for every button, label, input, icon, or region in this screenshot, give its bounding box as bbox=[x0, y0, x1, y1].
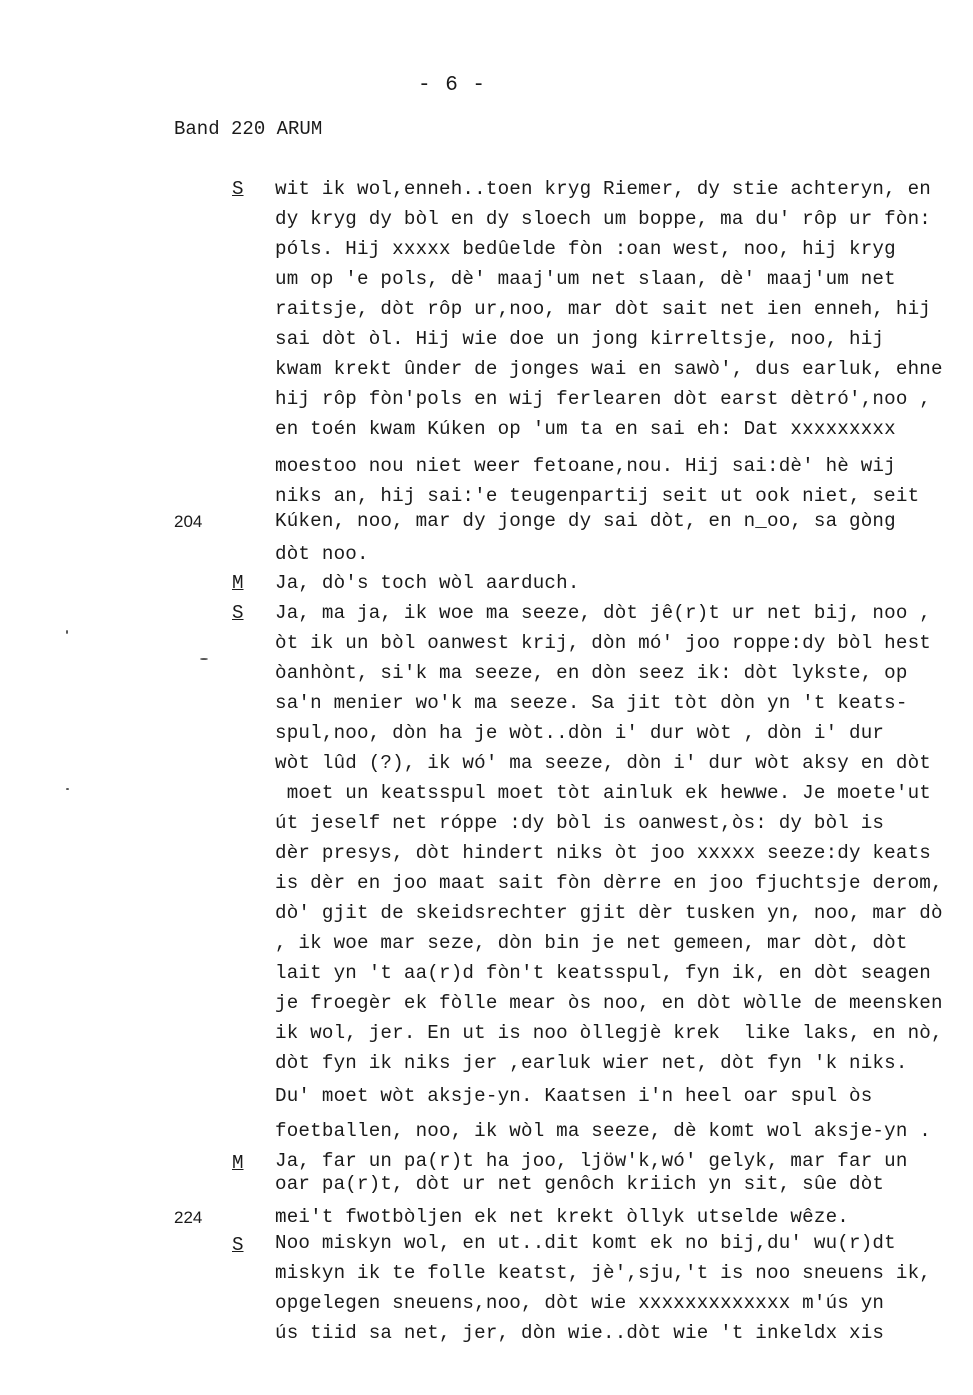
transcript-line: mei't fwotbòljen ek net krekt òllyk utse… bbox=[275, 1206, 849, 1228]
transcript-line: ús tiid sa net, jer, dòn wie..dòt wie 't… bbox=[275, 1322, 884, 1344]
scan-speck bbox=[66, 630, 68, 634]
transcript-line: dy kryg dy bòl en dy sloech um boppe, ma… bbox=[275, 208, 931, 230]
scan-speck bbox=[200, 658, 208, 660]
margin-counter: 204 bbox=[174, 512, 202, 532]
speaker-label: S bbox=[232, 602, 244, 624]
transcript-line: moestoo nou niet weer fetoane,nou. Hij s… bbox=[275, 455, 896, 477]
transcript-line: Kúken, noo, mar dy jonge dy sai dòt, en … bbox=[275, 510, 896, 532]
transcript-line: út jeself net róppe :dy bòl is oanwest,ò… bbox=[275, 812, 884, 834]
transcript-line: sa'n menier wo'k ma seeze. Sa jit tòt dò… bbox=[275, 692, 908, 714]
transcript-line: miskyn ik te folle keatst, jè',sju,'t is… bbox=[275, 1262, 931, 1284]
transcript-line: Ja, dò's toch wòl aarduch. bbox=[275, 572, 580, 594]
transcript-line: en toén kwam Kúken op 'um ta en sai eh: … bbox=[275, 418, 896, 440]
transcript-line: wòt lûd (?), ik wó' ma seeze, dòn i' dur… bbox=[275, 752, 931, 774]
transcript-line: niks an, hij sai:'e teugenpartij seit ut… bbox=[275, 485, 919, 507]
transcript-line: dò' gjit de skeidsrechter gjit dèr tuske… bbox=[275, 902, 943, 924]
transcript-line: òanhònt, si'k ma seeze, en dòn seez ik: … bbox=[275, 662, 908, 684]
transcript-line: raitsje, dòt rôp ur,noo, mar dòt sait ne… bbox=[275, 298, 931, 320]
transcript-line: dòt fyn ik niks jer ,earluk wier net, dò… bbox=[275, 1052, 908, 1074]
transcript-line: kwam krekt ûnder de jonges wai en sawò',… bbox=[275, 358, 943, 380]
transcript-line: Noo miskyn wol, en ut..dit komt ek no bi… bbox=[275, 1232, 896, 1254]
document-header: Band 220 ARUM bbox=[174, 118, 322, 140]
transcript-line: sai dòt òl. Hij wie doe un jong kirrelts… bbox=[275, 328, 884, 350]
transcript-line: wit ik wol,enneh..toen kryg Riemer, dy s… bbox=[275, 178, 931, 200]
transcript-line: póls. Hij xxxxx bedûelde fòn :oan west, … bbox=[275, 238, 896, 260]
transcript-line: opgelegen sneuens,noo, dòt wie xxxxxxxxx… bbox=[275, 1292, 884, 1314]
transcript-line: Ja, far un pa(r)t ha joo, ljöw'k,wó' gel… bbox=[275, 1150, 908, 1172]
speaker-label: S bbox=[232, 1234, 244, 1256]
transcript-line: Ja, ma ja, ik woe ma seeze, dòt jê(r)t u… bbox=[275, 602, 931, 624]
scan-speck bbox=[66, 788, 69, 790]
transcript-line: um op 'e pols, dè' maaj'um net slaan, dè… bbox=[275, 268, 896, 290]
transcript-line: òt ik un bòl oanwest krij, dòn mó' joo r… bbox=[275, 632, 931, 654]
transcript-line: lait yn 't aa(r)d fòn't keatsspul, fyn i… bbox=[275, 962, 931, 984]
speaker-label: S bbox=[232, 178, 244, 200]
speaker-label: M bbox=[232, 572, 244, 594]
transcript-line: hij rôp fòn'pols en wij ferlearen dòt ea… bbox=[275, 388, 931, 410]
transcript-line: Du' moet wòt aksje-yn. Kaatsen i'n heel … bbox=[275, 1085, 872, 1107]
transcript-line: is dèr en joo maat sait fòn dèrre en joo… bbox=[275, 872, 943, 894]
speaker-label: M bbox=[232, 1152, 244, 1174]
transcript-line: spul,noo, dòn ha je wòt..dòn i' dur wòt … bbox=[275, 722, 884, 744]
transcript-line: dèr presys, dòt hindert niks òt joo xxxx… bbox=[275, 842, 931, 864]
transcript-line: foetballen, noo, ik wòl ma seeze, dè kom… bbox=[275, 1120, 931, 1142]
transcript-line: , ik woe mar seze, dòn bin je net gemeen… bbox=[275, 932, 919, 954]
page-number: - 6 - bbox=[418, 74, 486, 97]
transcript-line: dòt noo. bbox=[275, 543, 369, 565]
transcript-line: je froegèr ek fòlle mear òs noo, en dòt … bbox=[275, 992, 943, 1014]
transcript-line: oar pa(r)t, dòt ur net genôch kriich yn … bbox=[275, 1173, 884, 1195]
transcript-line: moet un keatsspul moet tòt ainluk ek hew… bbox=[275, 782, 931, 804]
margin-counter: 224 bbox=[174, 1208, 202, 1228]
transcript-line: ik wol, jer. En ut is noo òllegjè krek l… bbox=[275, 1022, 943, 1044]
